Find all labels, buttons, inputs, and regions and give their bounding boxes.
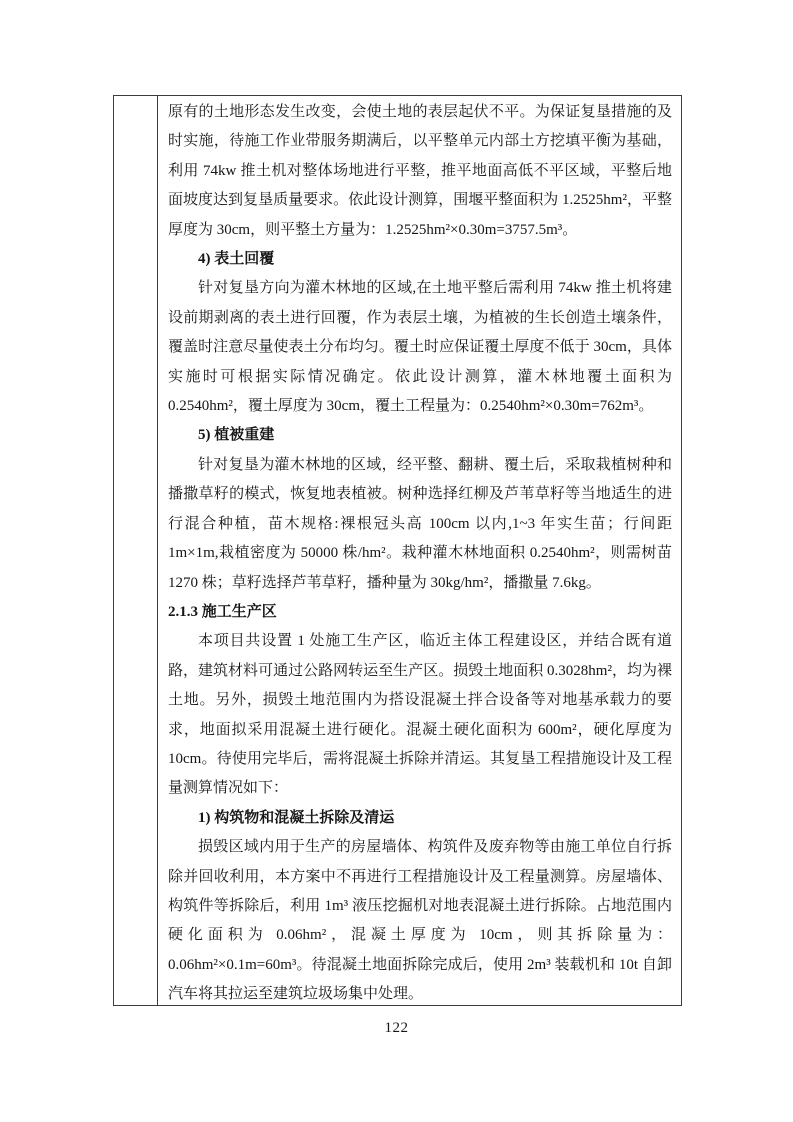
page-number: 122 <box>0 1020 793 1037</box>
heading-4-topsoil-recover: 4) 表土回覆 <box>168 245 672 274</box>
section-heading-2-1-3-production-area: 2.1.3 施工生产区 <box>168 598 672 627</box>
document-page: 原有的土地形态发生改变，会使土地的表层起伏不平。为保证复垦措施的及时实施，待施工… <box>0 0 793 1122</box>
table-content-column: 原有的土地形态发生改变，会使土地的表层起伏不平。为保证复垦措施的及时实施，待施工… <box>158 96 681 1005</box>
heading-5-vegetation-rebuild: 5) 植被重建 <box>168 421 672 450</box>
paragraph-land-leveling-continuation: 原有的土地形态发生改变，会使土地的表层起伏不平。为保证复垦措施的及时实施，待施工… <box>168 98 672 245</box>
content-table: 原有的土地形态发生改变，会使土地的表层起伏不平。为保证复垦措施的及时实施，待施工… <box>113 95 682 1006</box>
heading-1-structure-concrete-demolition: 1) 构筑物和混凝土拆除及清运 <box>168 804 672 833</box>
paragraph-production-area: 本项目共设置 1 处施工生产区，临近主体工程建设区，并结合既有道路，建筑材料可通… <box>168 627 672 803</box>
paragraph-vegetation-rebuild: 针对复垦为灌木林地的区域，经平整、翻耕、覆土后，采取栽植树种和播撒草籽的模式，恢… <box>168 451 672 598</box>
paragraph-structure-concrete-demolition: 损毁区域内用于生产的房屋墙体、构筑件及废弃物等由施工单位自行拆除并回收利用，本方… <box>168 833 672 1005</box>
table-left-column <box>114 96 158 1005</box>
paragraph-topsoil-recover: 针对复垦方向为灌木林地的区域,在土地平整后需利用 74kw 推土机将建设前期剥离… <box>168 274 672 421</box>
